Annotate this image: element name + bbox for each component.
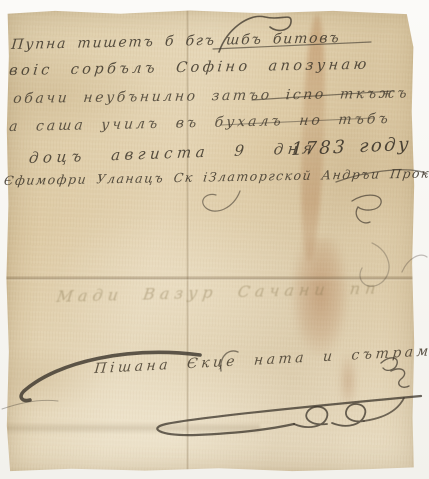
manuscript-page: [6, 10, 415, 472]
scan-background: Пупна тишетъ б бгъ шбъ битовъ воіс сорбъ…: [0, 0, 429, 479]
paper-edge-vignette: [6, 10, 415, 472]
